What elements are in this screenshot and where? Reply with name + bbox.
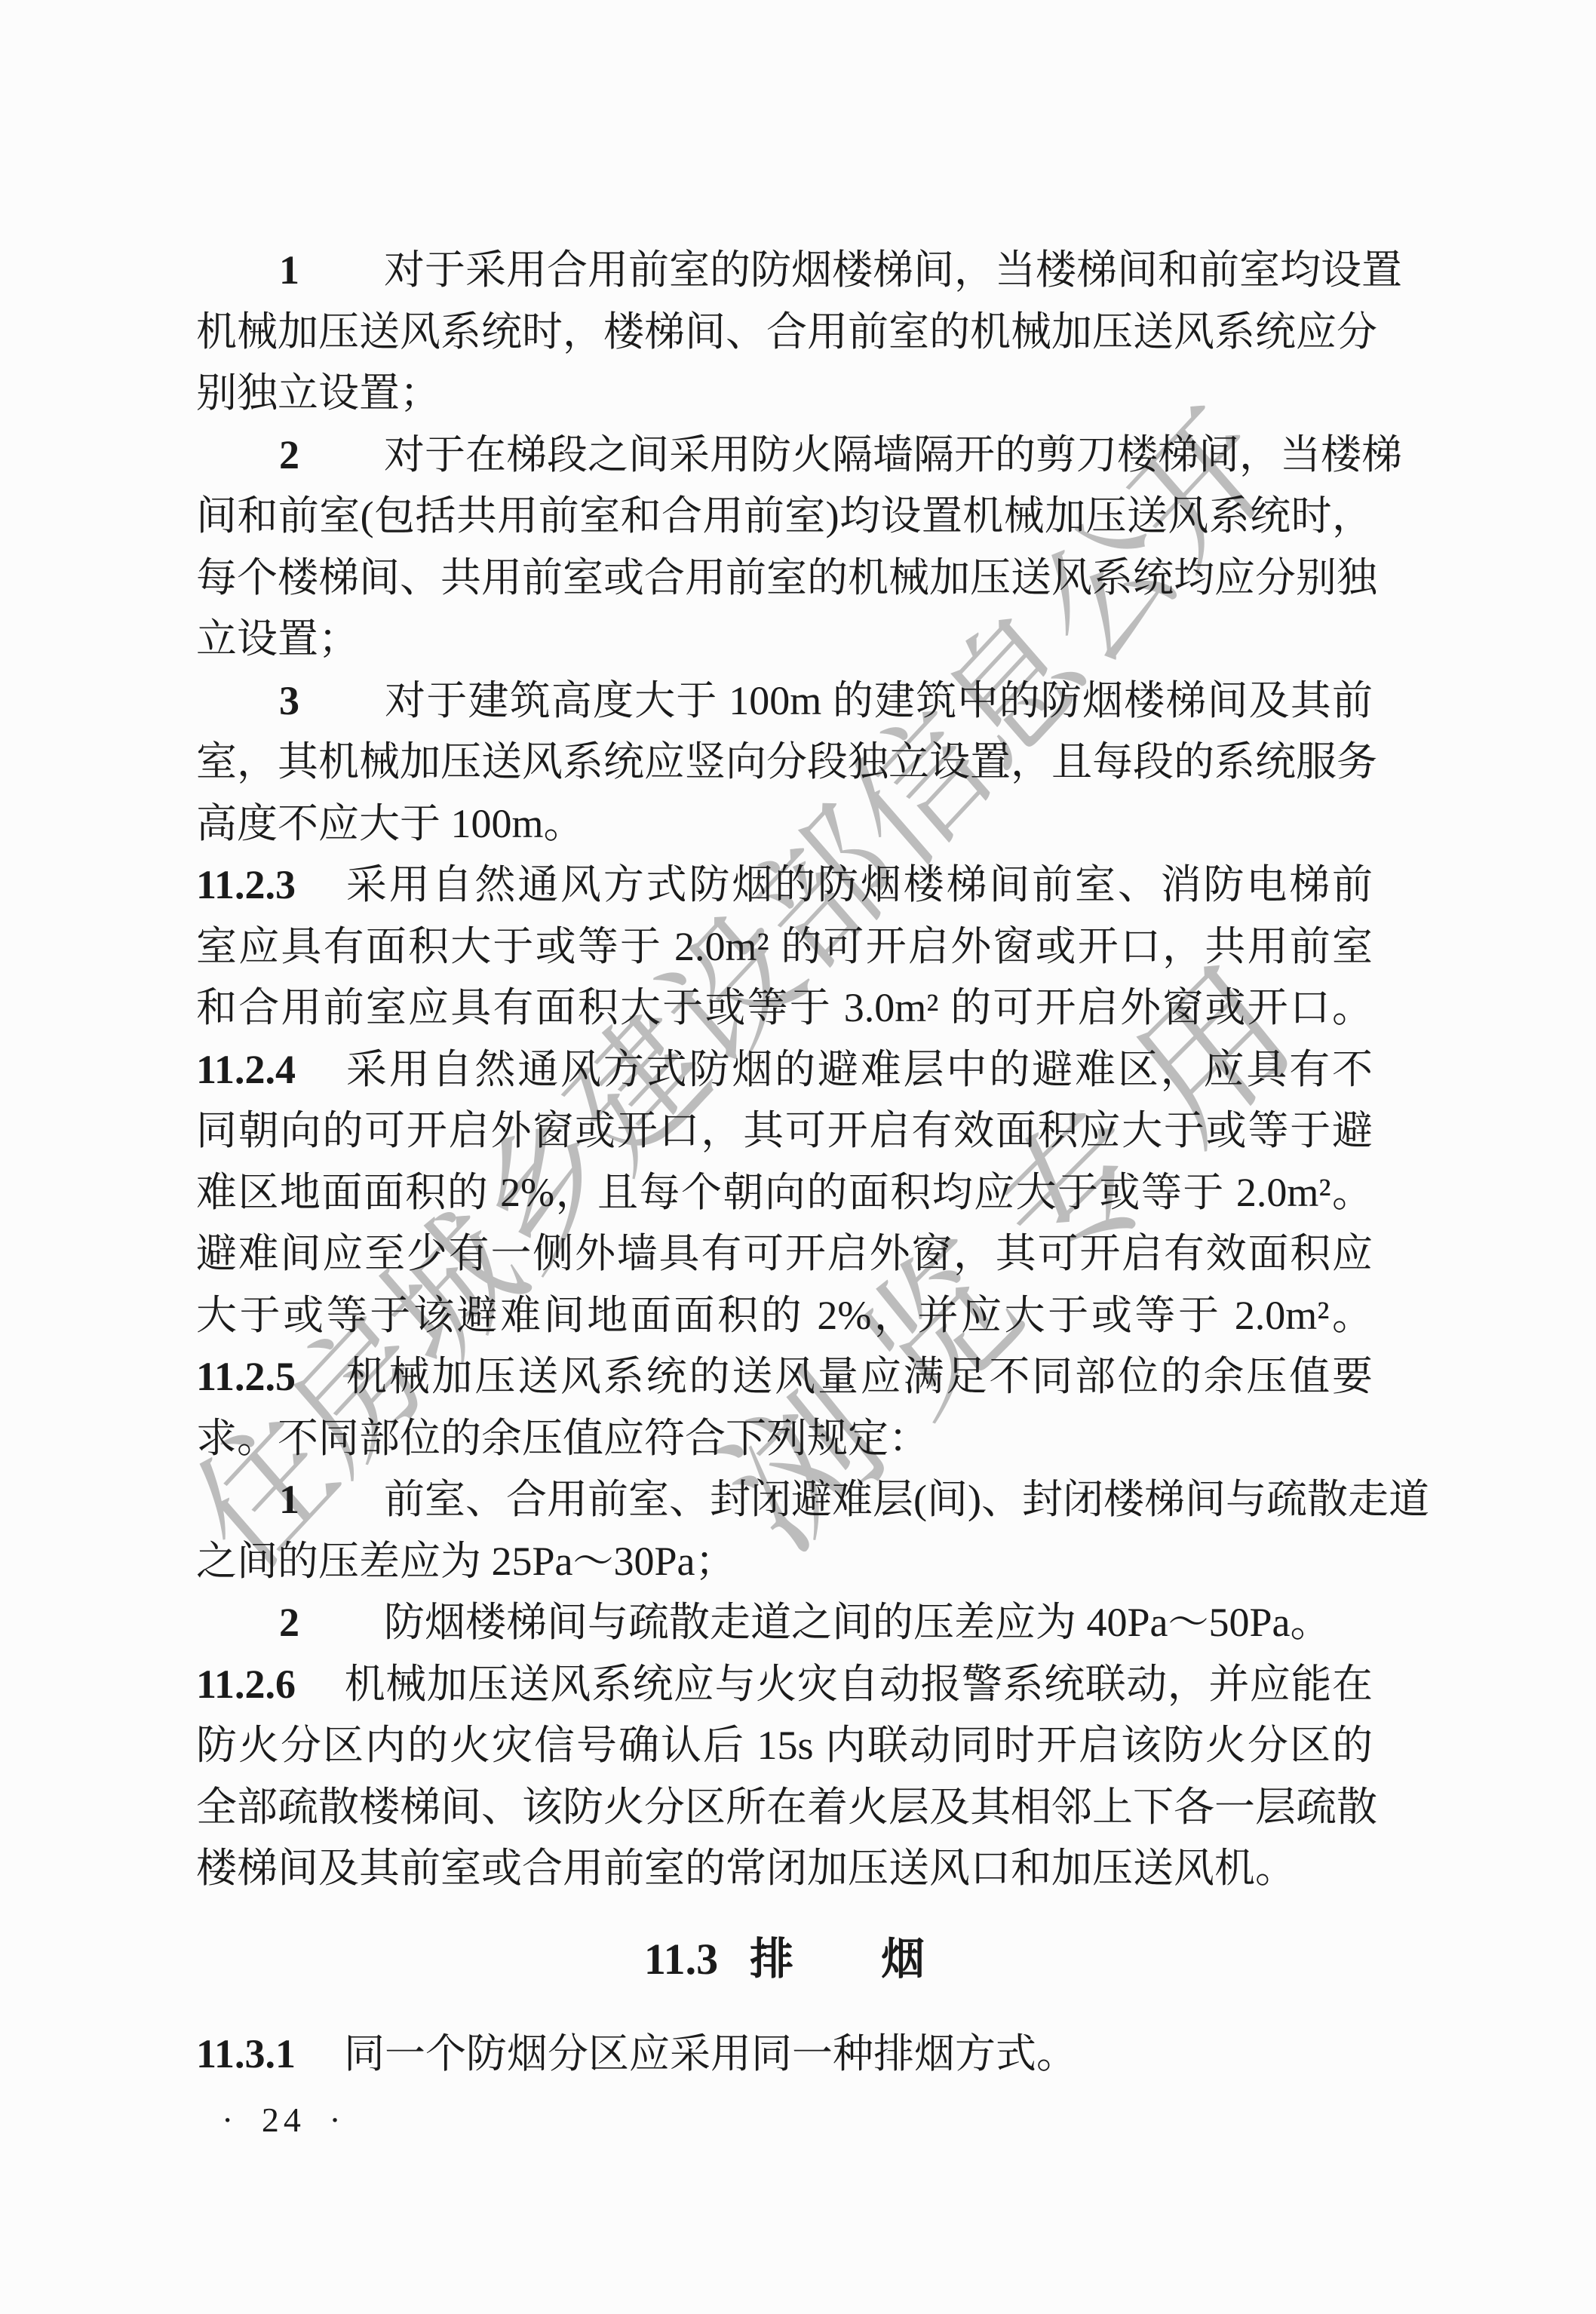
body-line: 11.2.5机械加压送风系统的送风量应满足不同部位的余压值要 xyxy=(196,1346,1373,1408)
body-line: 同朝向的可开启外窗或开口，其可开启有效面积应大于或等于避 xyxy=(196,1100,1373,1162)
body-line: 每个楼梯间、共用前室或合用前室的机械加压送风系统均应分别独 xyxy=(196,548,1373,609)
body-line: 2防烟楼梯间与疏散走道之间的压差应为 40Pa～50Pa。 xyxy=(196,1592,1373,1654)
body-line: 和合用前室应具有面积大于或等于 3.0m² 的可开启外窗或开口。 xyxy=(196,977,1373,1039)
body-line: 11.2.3采用自然通风方式防烟的防烟楼梯间前室、消防电梯前 xyxy=(196,855,1373,916)
body-line: 机械加压送风系统时，楼梯间、合用前室的机械加压送风系统应分 xyxy=(196,302,1373,364)
body-line: 高度不应大于 100m。 xyxy=(196,793,1373,855)
body-line: 难区地面面积的 2%，且每个朝向的面积均应大于或等于 2.0m²。 xyxy=(196,1162,1373,1224)
body-line: 11.2.6机械加压送风系统应与火灾自动报警系统联动，并应能在 xyxy=(196,1654,1373,1716)
body-text: 每个楼梯间、共用前室或合用前室的机械加压送风系统均应分别独 xyxy=(196,555,1377,600)
section-heading: 11.3排 烟 xyxy=(196,1929,1373,1990)
body-text: 前室、合用前室、封闭避难层(间)、封闭楼梯间与疏散走道 xyxy=(384,1477,1429,1522)
body-text: 大于或等于该避难间地面面积的 2%，并应大于或等于 2.0m²。 xyxy=(196,1293,1373,1338)
body-text: 采用自然通风方式防烟的防烟楼梯间前室、消防电梯前 xyxy=(344,862,1373,907)
clause-number: 11.3.1 xyxy=(196,2031,296,2076)
body-line: 室应具有面积大于或等于 2.0m² 的可开启外窗或开口，共用前室 xyxy=(196,916,1373,978)
body-line: 1对于采用合用前室的防烟楼梯间，当楼梯间和前室均设置 xyxy=(196,240,1373,302)
body-line: 避难间应至少有一侧外墙具有可开启外窗，其可开启有效面积应 xyxy=(196,1223,1373,1285)
body-line: 11.3.1同一个防烟分区应采用同一种排烟方式。 xyxy=(196,2024,1373,2085)
body-text: 楼梯间及其前室或合用前室的常闭加压送风口和加压送风机。 xyxy=(196,1846,1296,1891)
body-line: 全部疏散楼梯间、该防火分区所在着火层及其相邻上下各一层疏散 xyxy=(196,1777,1373,1839)
body-line: 别独立设置； xyxy=(196,363,1373,425)
body-line: 间和前室(包括共用前室和合用前室)均设置机械加压送风系统时， xyxy=(196,486,1373,548)
item-number: 2 xyxy=(279,1600,299,1645)
body-line: 3对于建筑高度大于 100m 的建筑中的防烟楼梯间及其前 xyxy=(196,671,1373,732)
clause-number: 11.2.5 xyxy=(196,1354,296,1399)
body-text: 对于在梯段之间采用防火隔墙隔开的剪刀楼梯间，当楼梯 xyxy=(384,432,1402,477)
page-number: · 24 · xyxy=(196,2101,1373,2139)
body-line: 1前室、合用前室、封闭避难层(间)、封闭楼梯间与疏散走道 xyxy=(196,1469,1373,1531)
clause-number: 11.2.4 xyxy=(196,1047,296,1092)
body-text: 室，其机械加压送风系统应竖向分段独立设置，且每段的系统服务 xyxy=(196,739,1377,784)
body-text: 间和前室(包括共用前室和合用前室)均设置机械加压送风系统时， xyxy=(196,493,1373,539)
page-body: 1对于采用合用前室的防烟楼梯间，当楼梯间和前室均设置 机械加压送风系统时，楼梯间… xyxy=(196,240,1373,2139)
body-line: 之间的压差应为 25Pa～30Pa； xyxy=(196,1531,1373,1593)
section-heading-number: 11.3 xyxy=(644,1935,718,1984)
body-text: 室应具有面积大于或等于 2.0m² 的可开启外窗或开口，共用前室 xyxy=(196,924,1373,969)
body-line: 立设置； xyxy=(196,609,1373,671)
clause-number: 11.2.6 xyxy=(196,1662,296,1707)
body-text: 和合用前室应具有面积大于或等于 3.0m² 的可开启外窗或开口。 xyxy=(196,985,1373,1030)
body-text: 同朝向的可开启外窗或开口，其可开启有效面积应大于或等于避 xyxy=(196,1108,1373,1153)
item-number: 3 xyxy=(279,678,299,723)
body-text: 高度不应大于 100m。 xyxy=(196,801,585,846)
body-line: 防火分区内的火灾信号确认后 15s 内联动同时开启该防火分区的 xyxy=(196,1715,1373,1777)
body-text: 之间的压差应为 25Pa～30Pa； xyxy=(196,1539,736,1584)
body-line: 2对于在梯段之间采用防火隔墙隔开的剪刀楼梯间，当楼梯 xyxy=(196,425,1373,486)
body-text: 别独立设置； xyxy=(196,370,440,416)
body-text: 机械加压送风系统应与火灾自动报警系统联动，并应能在 xyxy=(344,1662,1373,1707)
item-number: 1 xyxy=(279,247,299,293)
body-text: 对于建筑高度大于 100m 的建筑中的防烟楼梯间及其前 xyxy=(384,678,1373,723)
body-text: 采用自然通风方式防烟的避难层中的避难区，应具有不 xyxy=(344,1047,1373,1092)
body-text: 求。不同部位的余压值应符合下列规定： xyxy=(196,1416,929,1461)
item-number: 1 xyxy=(279,1477,299,1522)
body-text: 防火分区内的火灾信号确认后 15s 内联动同时开启该防火分区的 xyxy=(196,1723,1373,1768)
body-text: 机械加压送风系统的送风量应满足不同部位的余压值要 xyxy=(344,1354,1373,1399)
clause-number: 11.2.3 xyxy=(196,862,296,907)
body-line: 室，其机械加压送风系统应竖向分段独立设置，且每段的系统服务 xyxy=(196,732,1373,793)
body-line: 大于或等于该避难间地面面积的 2%，并应大于或等于 2.0m²。 xyxy=(196,1285,1373,1347)
body-text: 防烟楼梯间与疏散走道之间的压差应为 40Pa～50Pa。 xyxy=(384,1600,1331,1645)
body-text: 避难间应至少有一侧外墙具有可开启外窗，其可开启有效面积应 xyxy=(196,1231,1373,1276)
body-text: 全部疏散楼梯间、该防火分区所在着火层及其相邻上下各一层疏散 xyxy=(196,1785,1377,1830)
body-text: 对于采用合用前室的防烟楼梯间，当楼梯间和前室均设置 xyxy=(384,247,1402,293)
body-line: 楼梯间及其前室或合用前室的常闭加压送风口和加压送风机。 xyxy=(196,1838,1373,1900)
body-line: 11.2.4采用自然通风方式防烟的避难层中的避难区，应具有不 xyxy=(196,1039,1373,1101)
body-text: 机械加压送风系统时，楼梯间、合用前室的机械加压送风系统应分 xyxy=(196,309,1377,354)
body-text: 难区地面面积的 2%，且每个朝向的面积均应大于或等于 2.0m²。 xyxy=(196,1170,1373,1215)
document-page: 住房城乡建设部信息公开 浏览专用 1对于采用合用前室的防烟楼梯间，当楼梯间和前室… xyxy=(0,0,1596,2314)
section-heading-title: 排 烟 xyxy=(750,1935,925,1984)
body-text: 立设置； xyxy=(196,616,359,661)
body-text: 同一个防烟分区应采用同一种排烟方式。 xyxy=(344,2031,1077,2076)
body-line: 求。不同部位的余压值应符合下列规定： xyxy=(196,1408,1373,1470)
item-number: 2 xyxy=(279,432,299,477)
